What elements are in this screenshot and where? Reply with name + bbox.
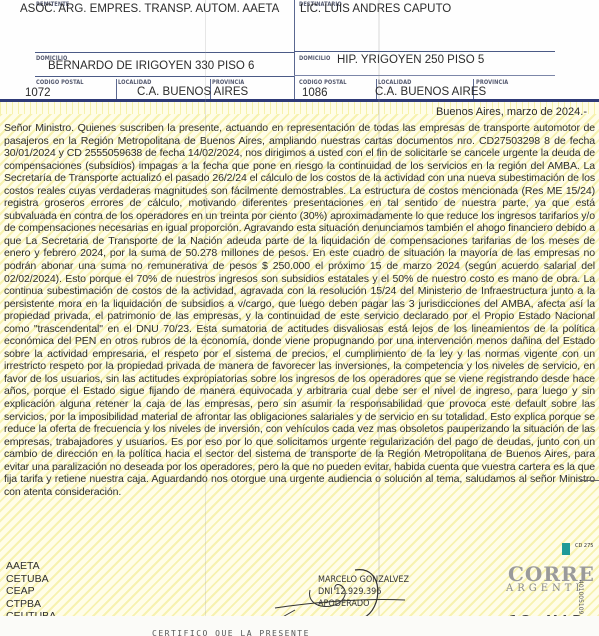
- signer-dni: DNI 12.929.396: [318, 586, 409, 598]
- recipient-address: HIP. YRIGOYEN 250 PISO 5: [337, 54, 484, 66]
- organization: CTPBA: [6, 598, 56, 611]
- signatory-organizations: AAETA CETUBA CEAP CTPBA CEUTUBA: [6, 560, 56, 623]
- organization: AAETA: [6, 560, 56, 573]
- sender-province-label: PROVINCIA: [212, 79, 244, 86]
- sender-address: BERNARDO DE IRIGOYEN 330 PISO 6: [48, 60, 254, 72]
- field-line: [294, 51, 555, 52]
- recipient-name: LIC. LUIS ANDRES CAPUTO: [300, 3, 451, 15]
- certification-text: CERTIFICO QUE LA PRESENTE: [152, 629, 310, 636]
- sender-postal-code: 1072: [25, 87, 51, 99]
- field-line: [35, 52, 294, 53]
- sender-locality-label: LOCALIDAD: [118, 79, 151, 86]
- field-divider: [116, 79, 117, 99]
- sender-postal-code-label: CODIGO POSTAL: [36, 79, 84, 86]
- scan-fold-line: [205, 0, 206, 636]
- tracking-number: 401005109: [577, 580, 584, 614]
- recipient-postal-code: 1086: [302, 87, 328, 99]
- carta-documento-header: REMITENTE ASOC. ARG. EMPRES. TRANSP. AUT…: [0, 0, 599, 101]
- recipient-postal-code-label: CODIGO POSTAL: [299, 79, 347, 86]
- recipient-locality-label: LOCALIDAD: [378, 79, 411, 86]
- field-line: [294, 75, 555, 76]
- margin-mark: [580, 480, 599, 481]
- recipient-address-label: DOMICILIO: [299, 55, 330, 62]
- signer-block: MARCELO GONZALVEZ DNI 12.929.396 APODERA…: [318, 574, 409, 610]
- recipient-locality: C.A. BUENOS AIRES: [375, 86, 486, 98]
- organization: CETUBA: [6, 573, 56, 586]
- signer-role: APODERADO: [318, 598, 409, 610]
- column-divider: [294, 0, 295, 100]
- letter-body-paper: Buenos Aires, marzo de 2024.- Señor Mini…: [0, 102, 599, 616]
- sender-name: ASOC. ARG. EMPRES. TRANSP. AUTOM. AAETA: [20, 3, 279, 15]
- letter-date: Buenos Aires, marzo de 2024.-: [436, 106, 587, 118]
- field-line: [35, 76, 294, 77]
- signer-name: MARCELO GONZALVEZ: [318, 574, 409, 586]
- stamp-text-bottom: ARGENTI: [506, 583, 583, 594]
- recipient-province-label: PROVINCIA: [476, 79, 508, 86]
- tag-text: CD 275: [575, 543, 593, 549]
- sender-locality: C.A. BUENOS AIRES: [137, 86, 248, 98]
- organization: CEAP: [6, 585, 56, 598]
- certified-tag-icon: [562, 543, 570, 555]
- letter-text: Señor Ministro. Quienes suscriben la pre…: [4, 122, 595, 498]
